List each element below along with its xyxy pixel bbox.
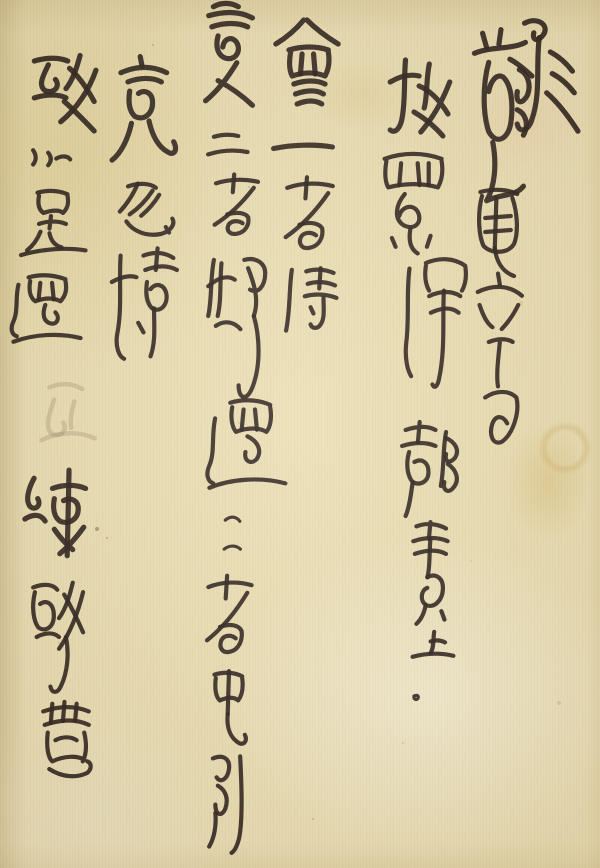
column-7 bbox=[25, 470, 91, 776]
char-chong bbox=[479, 190, 517, 276]
char-zhe-2 bbox=[215, 174, 258, 233]
char-du bbox=[402, 422, 457, 516]
char-yi3 bbox=[33, 150, 70, 165]
char-zhe-3 bbox=[207, 576, 252, 652]
char-hui bbox=[276, 20, 338, 104]
char-yin bbox=[209, 756, 241, 853]
column-5 bbox=[112, 57, 177, 359]
column-4 bbox=[206, 3, 286, 853]
char-tian bbox=[33, 583, 83, 692]
column-6 bbox=[12, 56, 96, 441]
column-1 bbox=[474, 21, 578, 443]
char-yan-faded bbox=[42, 384, 95, 440]
char-hu bbox=[120, 184, 173, 235]
char-bo bbox=[112, 248, 177, 358]
char-shu2 bbox=[385, 154, 443, 254]
char-chong-insect bbox=[214, 671, 245, 744]
char-shang bbox=[413, 632, 454, 657]
char-hun bbox=[406, 259, 466, 387]
char-ai bbox=[206, 3, 253, 105]
char-jing bbox=[112, 57, 175, 160]
column-3 bbox=[274, 20, 339, 331]
char-shu bbox=[390, 60, 450, 136]
char-jian bbox=[25, 470, 86, 556]
char-kong bbox=[478, 274, 522, 443]
char-shen bbox=[43, 702, 90, 776]
char-er bbox=[208, 135, 247, 155]
char-shi4 bbox=[21, 191, 86, 255]
char-yi-bird bbox=[208, 259, 265, 397]
calligraphy-layer bbox=[0, 0, 600, 868]
char-bian bbox=[207, 400, 285, 488]
char-zhuan bbox=[413, 522, 447, 624]
char-zhi bbox=[34, 56, 96, 131]
repeat-marks bbox=[224, 517, 240, 549]
char-shi-attend bbox=[286, 268, 336, 330]
char-yi-one bbox=[274, 145, 333, 148]
column-2 bbox=[385, 60, 466, 699]
manuscript-page: 承雍重空 叔蜀渾都専上 會一者侍 愛二者鷖邊〻者虫引 竟忽搏 致以是遷延 諫畋甚 bbox=[0, 0, 600, 868]
char-zhe-1 bbox=[286, 177, 333, 248]
ink-dot bbox=[414, 695, 418, 699]
char-qian bbox=[12, 275, 81, 341]
char-yong bbox=[474, 30, 529, 201]
